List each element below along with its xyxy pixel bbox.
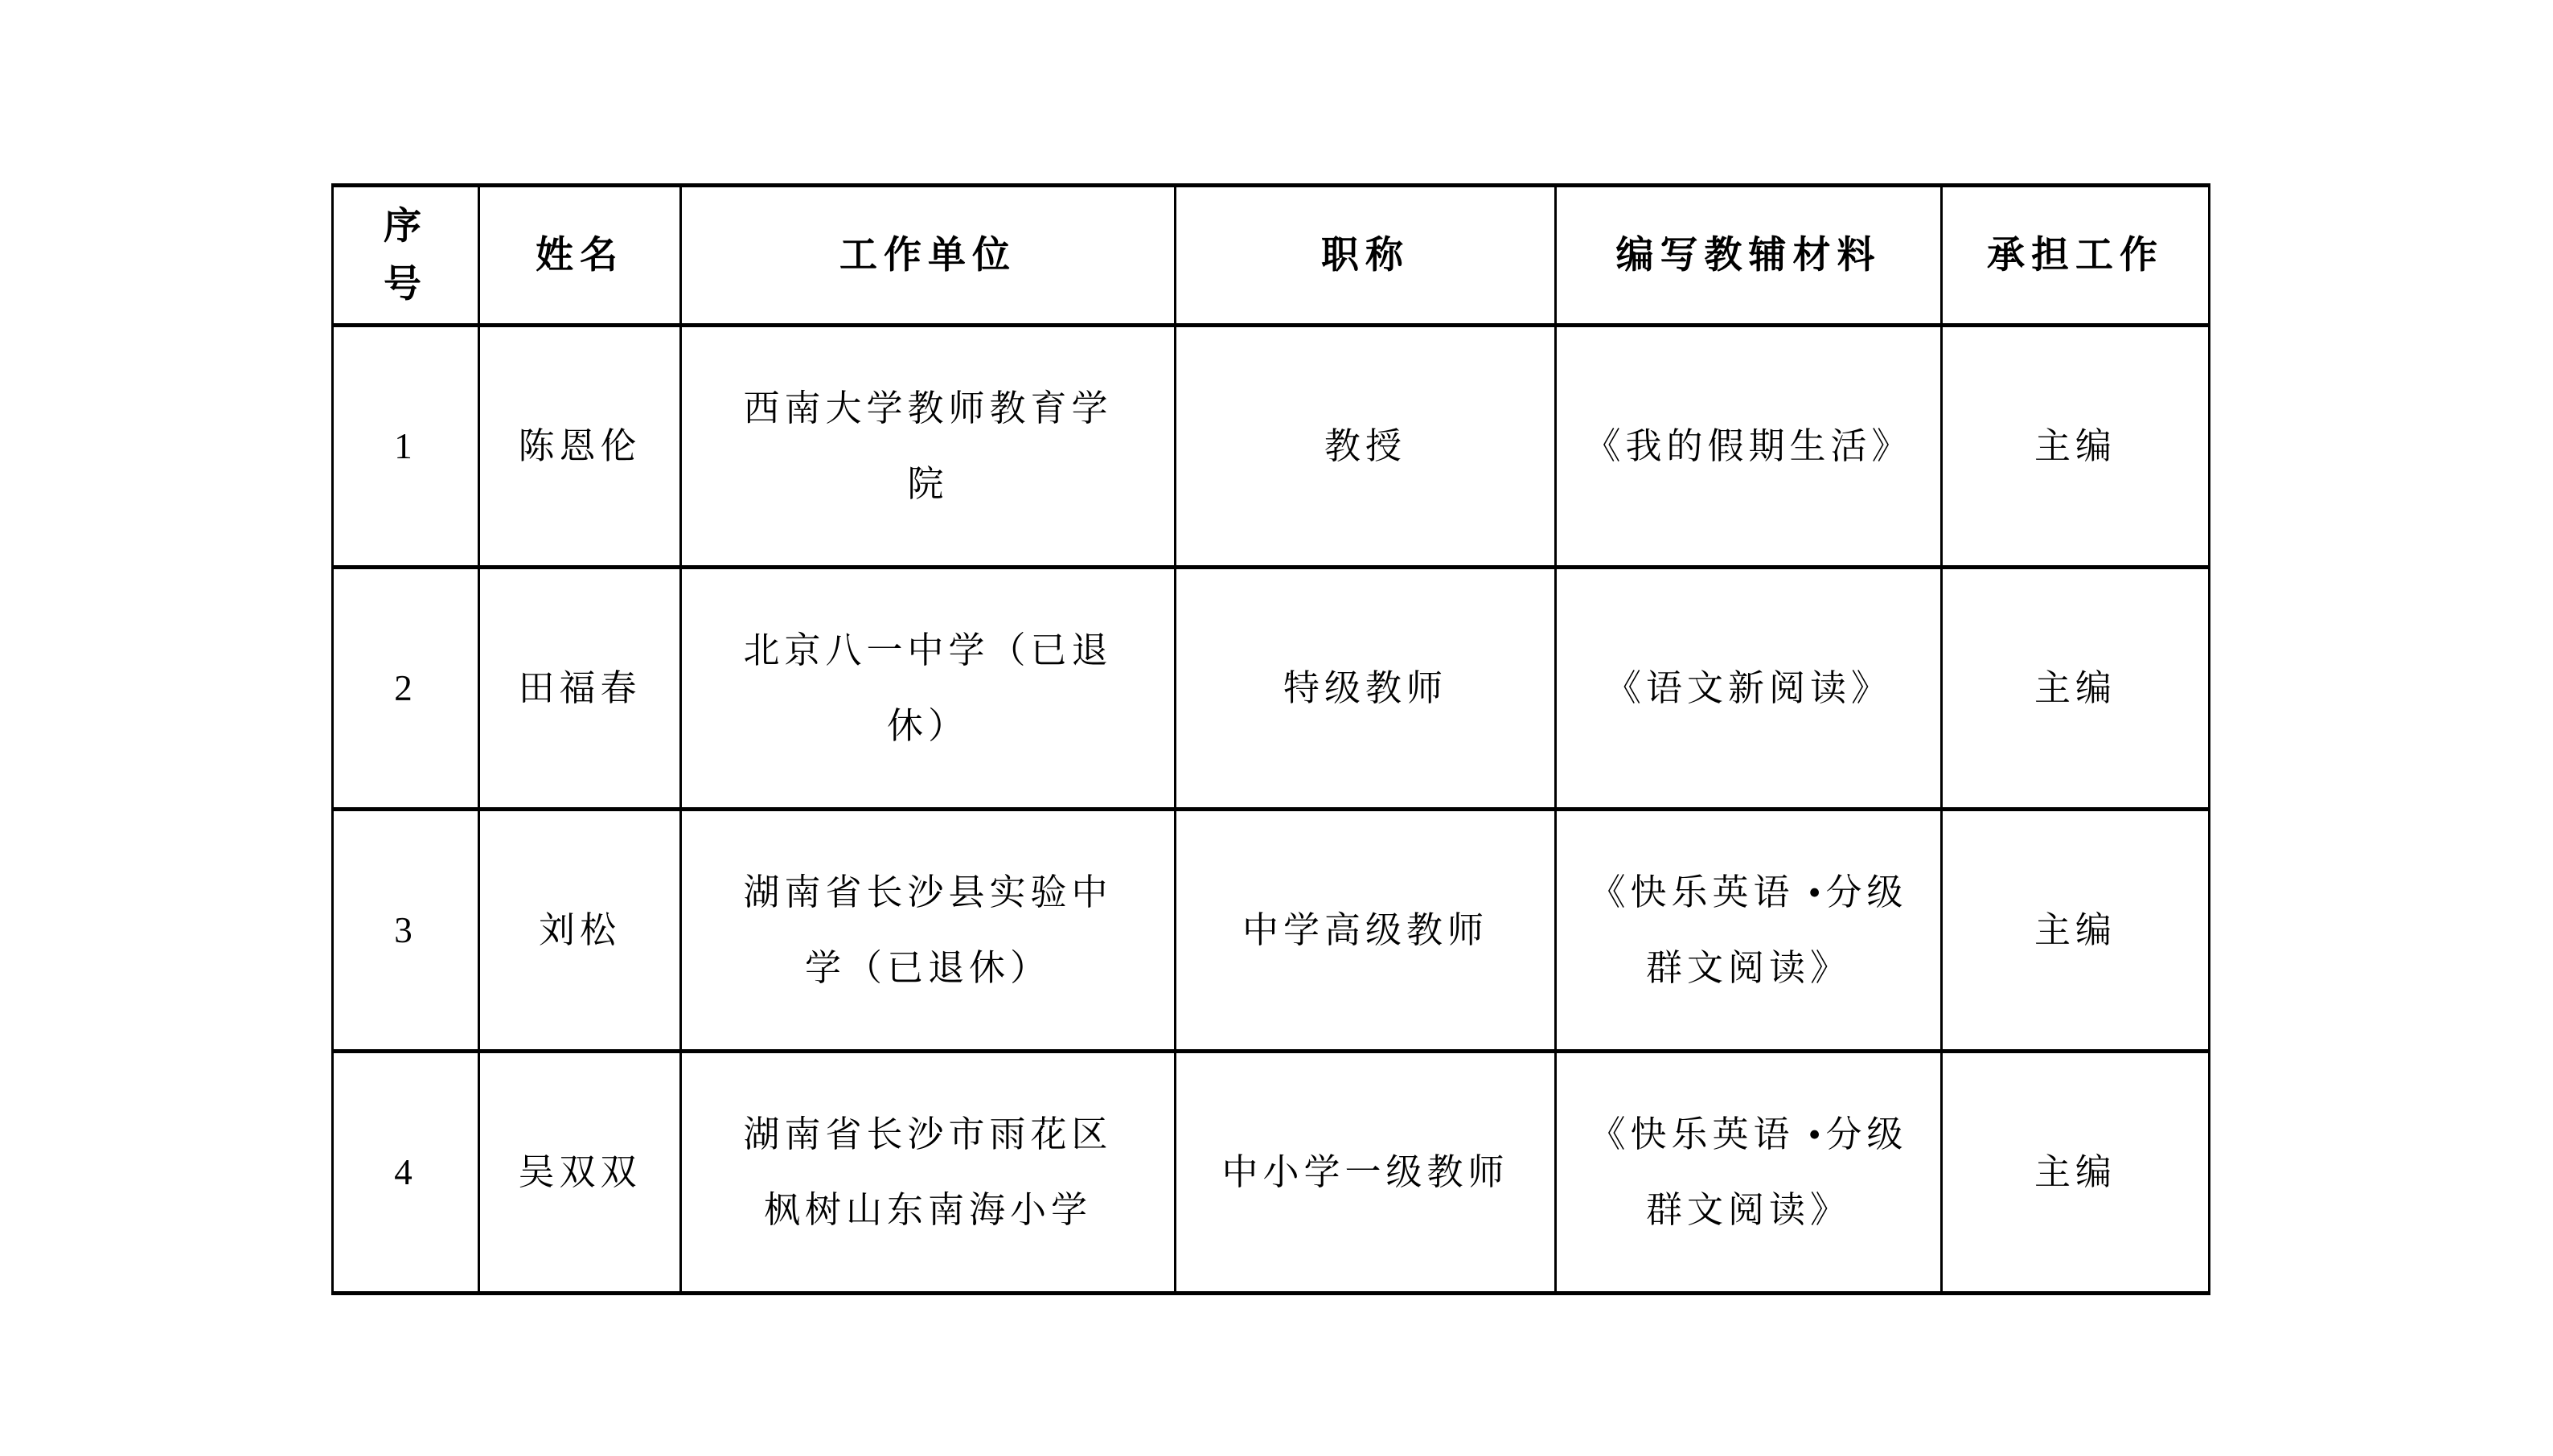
cell-role: 主编 bbox=[1942, 326, 2210, 568]
cell-material: 《语文新阅读》 bbox=[1556, 568, 1942, 810]
table-row: 3 刘松 湖南省长沙县实验中 学（已退休） 中学高级教师 《快乐英语 •分级 群… bbox=[333, 810, 2210, 1052]
cell-serial: 4 bbox=[333, 1052, 479, 1294]
cell-serial: 3 bbox=[333, 810, 479, 1052]
cell-role: 主编 bbox=[1942, 1052, 2210, 1294]
cell-role: 主编 bbox=[1942, 568, 2210, 810]
table-row: 1 陈恩伦 西南大学教师教育学 院 教授 《我的假期生活》 主编 bbox=[333, 326, 2210, 568]
header-cell-title: 职称 bbox=[1176, 186, 1556, 326]
cell-title: 中学高级教师 bbox=[1176, 810, 1556, 1052]
document-page: 序 号 姓名 工作单位 职称 编写教辅材料 承担工作 1 陈恩伦 西南大学教师教… bbox=[0, 0, 2553, 1456]
cell-unit: 湖南省长沙县实验中 学（已退休） bbox=[681, 810, 1176, 1052]
header-cell-unit: 工作单位 bbox=[681, 186, 1176, 326]
cell-role: 主编 bbox=[1942, 810, 2210, 1052]
header-cell-role: 承担工作 bbox=[1942, 186, 2210, 326]
cell-title: 特级教师 bbox=[1176, 568, 1556, 810]
cell-name: 刘松 bbox=[479, 810, 681, 1052]
header-cell-serial: 序 号 bbox=[333, 186, 479, 326]
cell-title: 中小学一级教师 bbox=[1176, 1052, 1556, 1294]
cell-name: 田福春 bbox=[479, 568, 681, 810]
table-row: 4 吴双双 湖南省长沙市雨花区 枫树山东南海小学 中小学一级教师 《快乐英语 •… bbox=[333, 1052, 2210, 1294]
header-cell-name: 姓名 bbox=[479, 186, 681, 326]
cell-title: 教授 bbox=[1176, 326, 1556, 568]
editors-table: 序 号 姓名 工作单位 职称 编写教辅材料 承担工作 1 陈恩伦 西南大学教师教… bbox=[331, 183, 2210, 1295]
cell-name: 吴双双 bbox=[479, 1052, 681, 1294]
table-row: 2 田福春 北京八一中学（已退 休） 特级教师 《语文新阅读》 主编 bbox=[333, 568, 2210, 810]
cell-material: 《我的假期生活》 bbox=[1556, 326, 1942, 568]
cell-serial: 2 bbox=[333, 568, 479, 810]
cell-unit: 北京八一中学（已退 休） bbox=[681, 568, 1176, 810]
cell-material: 《快乐英语 •分级 群文阅读》 bbox=[1556, 810, 1942, 1052]
table-header-row: 序 号 姓名 工作单位 职称 编写教辅材料 承担工作 bbox=[333, 186, 2210, 326]
cell-unit: 西南大学教师教育学 院 bbox=[681, 326, 1176, 568]
cell-serial: 1 bbox=[333, 326, 479, 568]
header-cell-material: 编写教辅材料 bbox=[1556, 186, 1942, 326]
cell-unit: 湖南省长沙市雨花区 枫树山东南海小学 bbox=[681, 1052, 1176, 1294]
cell-material: 《快乐英语 •分级 群文阅读》 bbox=[1556, 1052, 1942, 1294]
cell-name: 陈恩伦 bbox=[479, 326, 681, 568]
